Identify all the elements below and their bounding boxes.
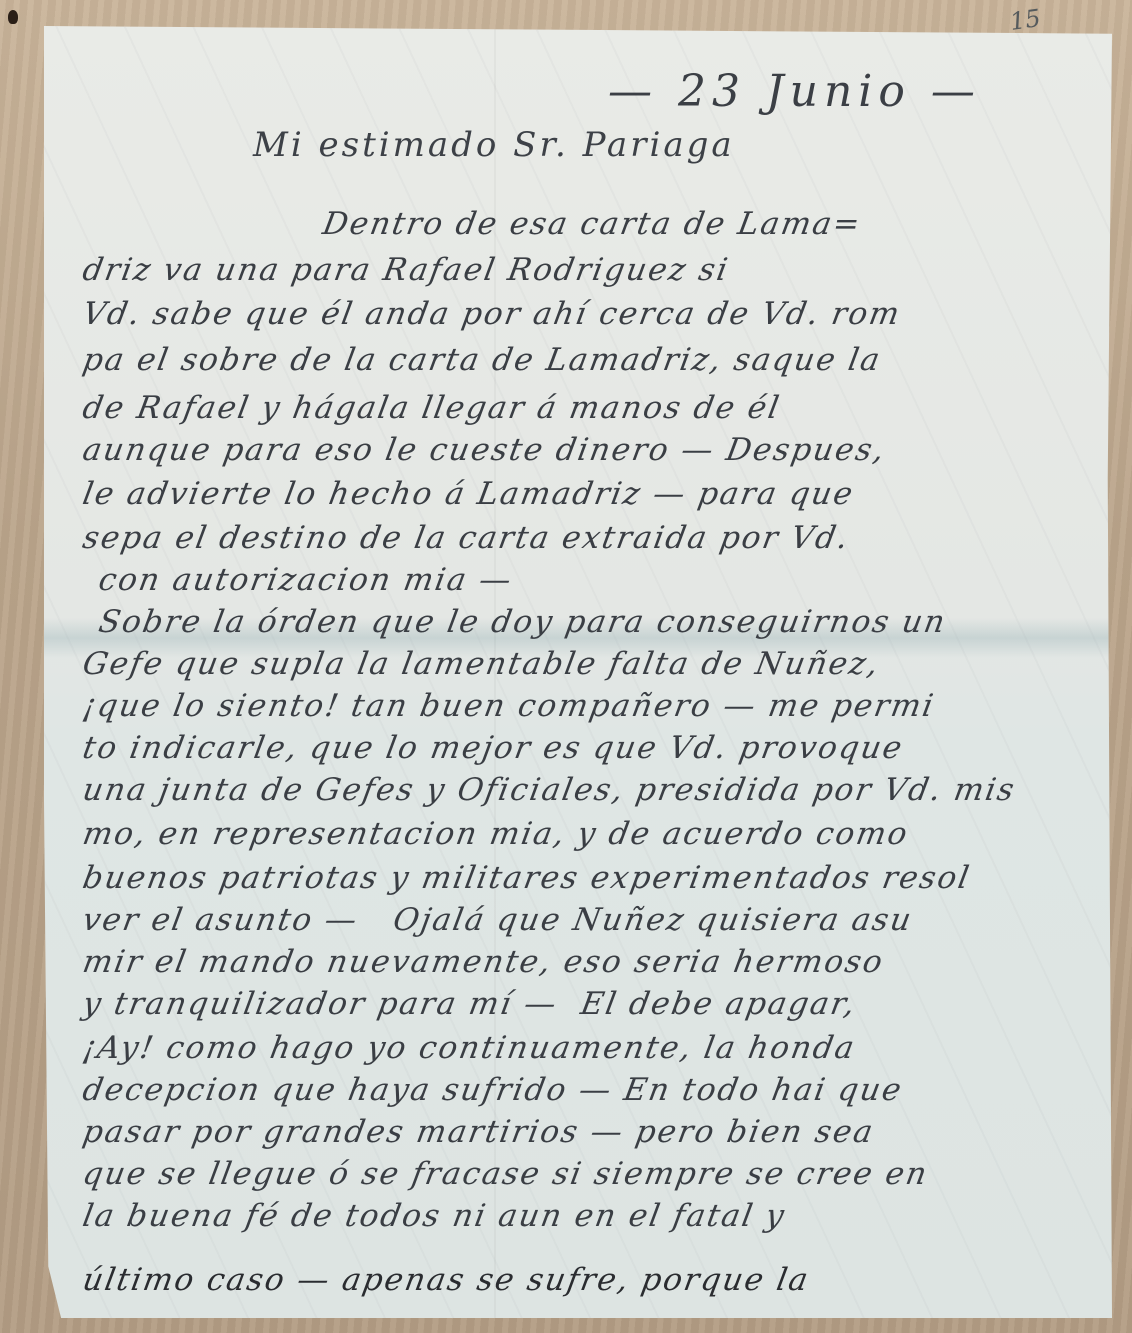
letter-line: Sobre la órden que le doy para conseguir… (96, 604, 1112, 640)
letter-line: le advierte lo hecho á Lamadriz — para q… (80, 476, 1096, 512)
letter-line: to indicarle, que lo mejor es que Vd. pr… (80, 730, 1096, 766)
letter-line: driz va una para Rafael Rodriguez si (80, 252, 1096, 288)
wood-knot (8, 10, 18, 24)
page-number: 15 (1008, 4, 1042, 36)
letter-line: pa el sobre de la carta de Lamadriz, saq… (80, 342, 1096, 378)
letter-line: Gefe que supla la lamentable falta de Nu… (80, 646, 1096, 682)
letter-line: Vd. sabe que él anda por ahí cerca de Vd… (80, 296, 1096, 332)
letter-date: — 23 Junio — (608, 66, 981, 117)
letter-line: ver el asunto — Ojalá que Nuñez quisiera… (80, 902, 1096, 938)
letter-line: Dentro de esa carta de Lama= (320, 206, 1132, 242)
letter-line: una junta de Gefes y Oficiales, presidid… (80, 772, 1096, 808)
letter-line: y tranquilizador para mí — El debe apaga… (80, 986, 1096, 1022)
letter-line: último caso — apenas se sufre, porque la (80, 1262, 1096, 1298)
letter-line: buenos patriotas y militares experimenta… (80, 860, 1096, 896)
letter-line: con autorizacion mia — (96, 562, 1112, 598)
letter-line: pasar por grandes martirios — pero bien … (80, 1114, 1096, 1150)
letter-line: mir el mando nuevamente, eso seria hermo… (80, 944, 1096, 980)
letter-line: decepcion que haya sufrido — En todo hai… (80, 1072, 1096, 1108)
letter-line: ¡que lo siento! tan buen compañero — me … (80, 688, 1096, 724)
letter-line: aunque para eso le cueste dinero — Despu… (80, 432, 1096, 468)
letter-line: la buena fé de todos ni aun en el fatal … (80, 1198, 1096, 1234)
letter-line: sepa el destino de la carta extraida por… (80, 520, 1096, 556)
letter-salutation: Mi estimado Sr. Pariaga (253, 125, 735, 165)
letter-line: que se llegue ó se fracase si siempre se… (80, 1156, 1096, 1192)
letter-line: mo, en representacion mia, y de acuerdo … (80, 816, 1096, 852)
letter-line: ¡Ay! como hago yo continuamente, la hond… (80, 1030, 1096, 1066)
letter-line: de Rafael y hágala llegar á manos de él (80, 390, 1096, 426)
